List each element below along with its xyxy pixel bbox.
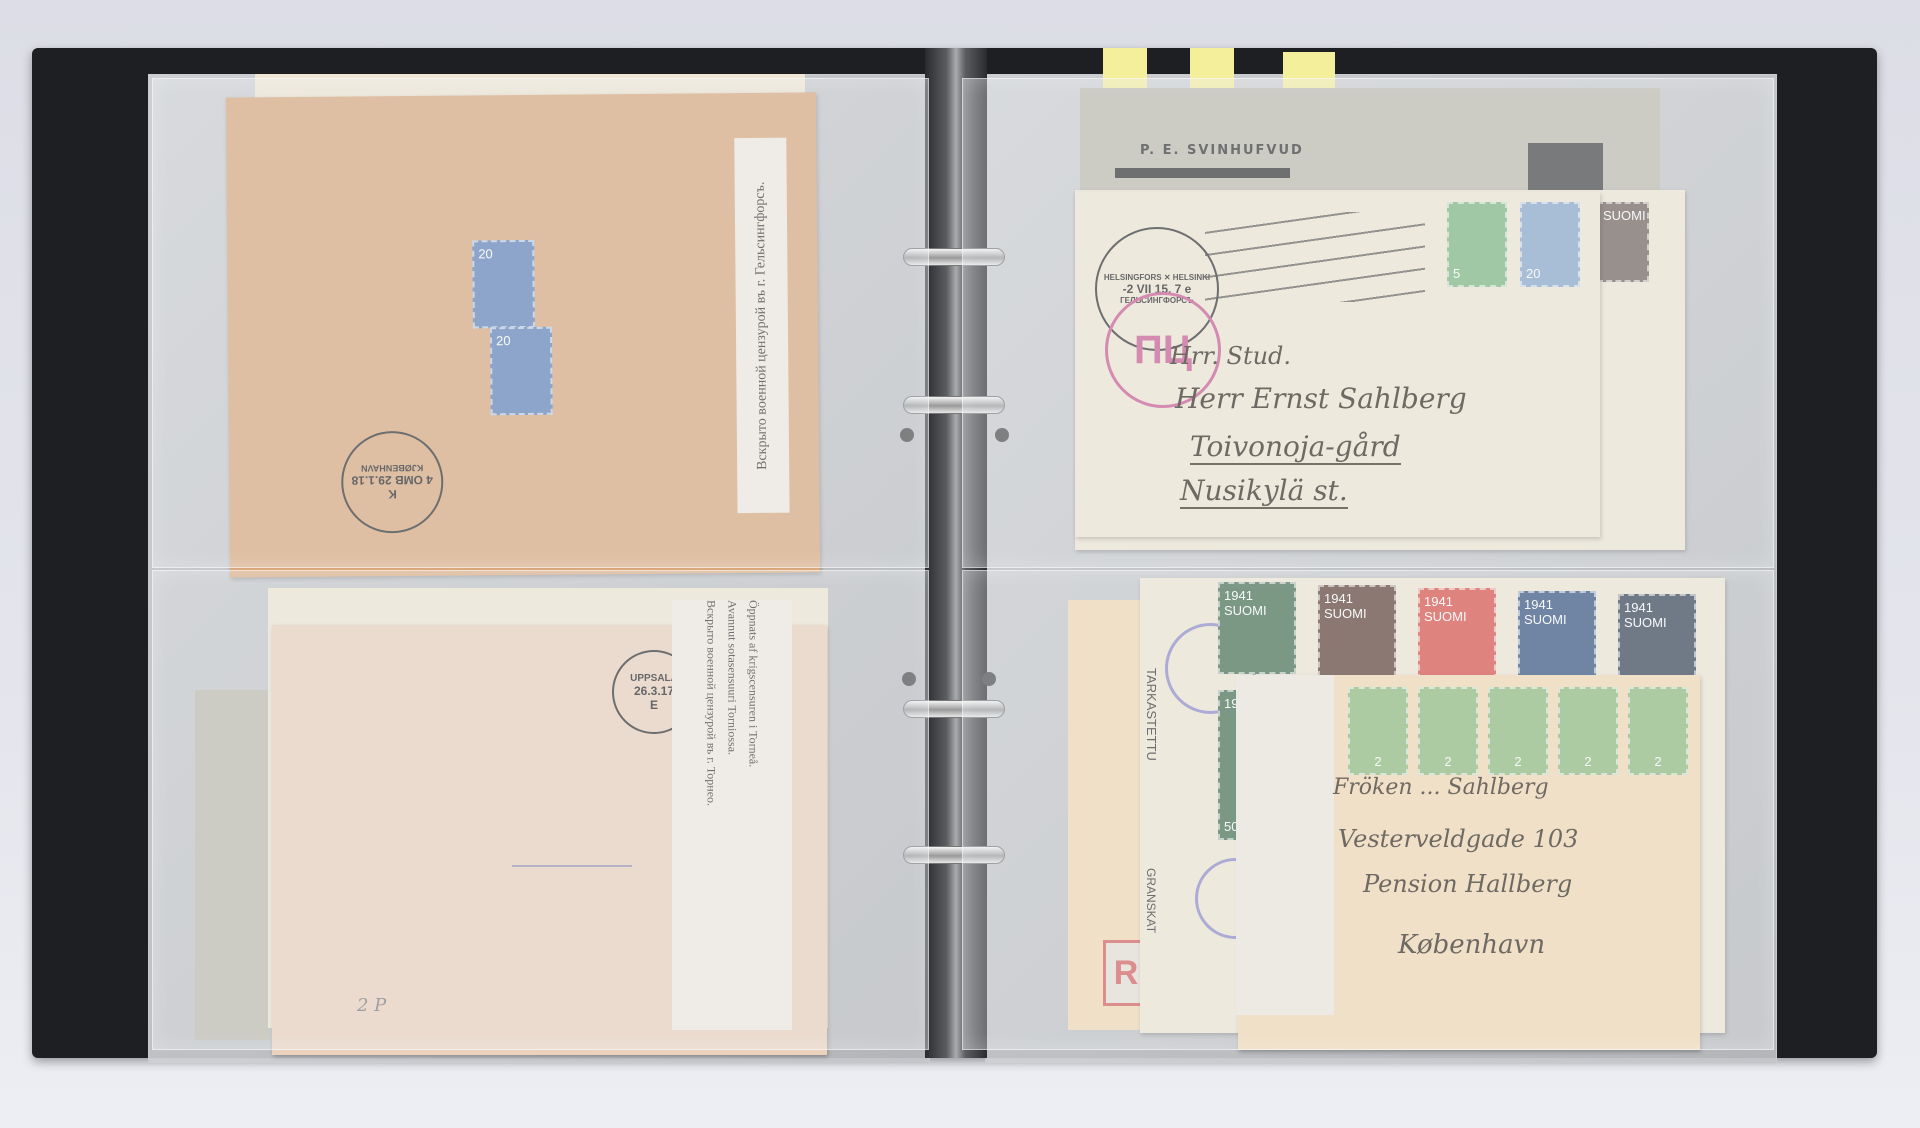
sleeve-pocket xyxy=(152,570,929,1050)
sleeve-pocket xyxy=(962,570,1774,1050)
sleeve-pocket xyxy=(152,78,929,568)
sleeve-pocket xyxy=(962,78,1774,568)
